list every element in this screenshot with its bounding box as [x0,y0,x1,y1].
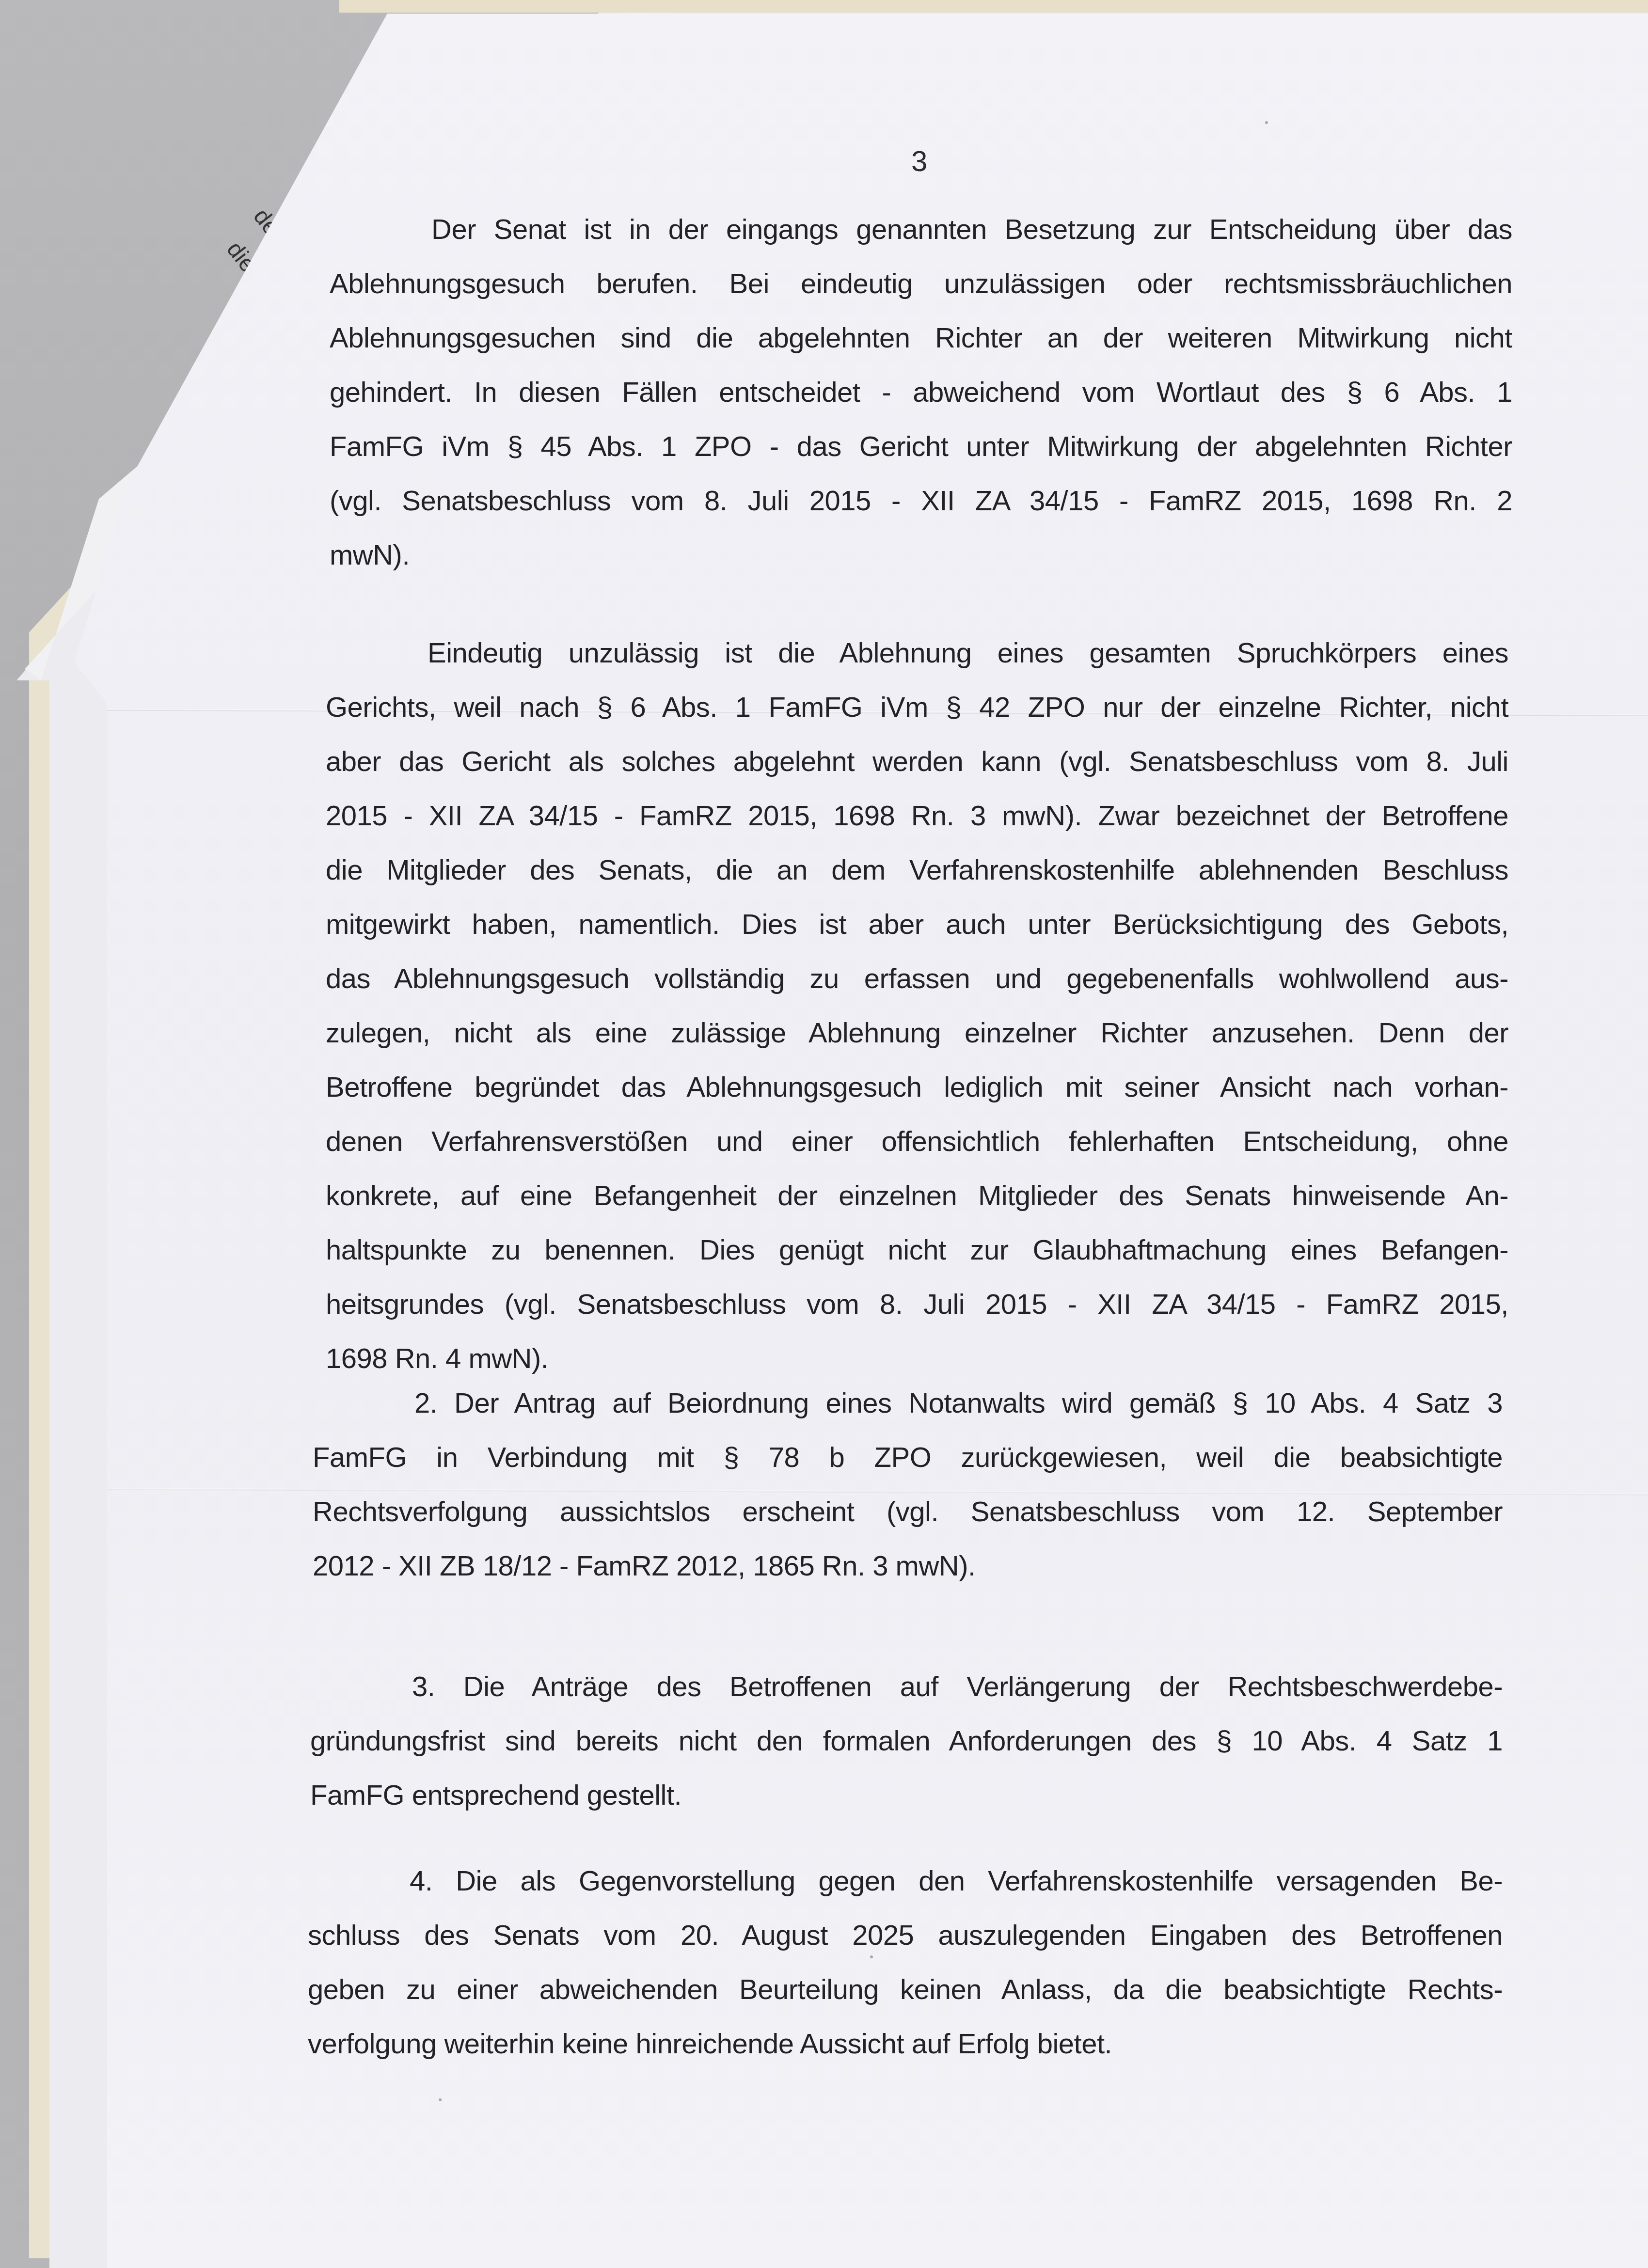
text-line: Ablehnungsgesuch berufen. Bei eindeutig … [330,257,1512,311]
text-line: haltspunkte zu benennen. Dies genügt nic… [326,1223,1508,1277]
paragraph-senate-composition: Der Senat ist in der eingangs genannten … [330,203,1512,583]
text-line: gehindert. In diesen Fällen entscheidet … [330,365,1512,420]
text-line: (vgl. Senatsbeschluss vom 8. Juli 2015 -… [330,474,1512,528]
paper-speck [1265,121,1268,124]
text-line: zulegen, nicht als eine zulässige Ablehn… [326,1006,1508,1060]
text-line: 2012 - XII ZB 18/12 - FamRZ 2012, 1865 R… [313,1539,1503,1593]
paragraph-3-extension-requests: 3. Die Anträge des Betroffenen auf Verlä… [310,1660,1503,1823]
text-line: 2. Der Antrag auf Beiordnung eines Notan… [313,1376,1503,1431]
text-line: FamFG iVm § 45 Abs. 1 ZPO - das Gericht … [330,420,1512,474]
text-line: verfolgung weiterhin keine hinreichende … [308,2017,1503,2071]
text-line: FamFG entsprechend gestellt. [310,1768,1503,1823]
text-line: heitsgrundes (vgl. Senatsbeschluss vom 8… [326,1277,1508,1332]
paragraph-4-gegenvorstellung: 4. Die als Gegenvorstellung gegen den Ve… [308,1854,1503,2071]
text-line: 2015 - XII ZA 34/15 - FamRZ 2015, 1698 R… [326,789,1508,843]
text-line: Rechtsverfolgung aussichtslos erscheint … [313,1485,1503,1539]
text-line: mitgewirkt haben, namentlich. Dies ist a… [326,898,1508,952]
text-line: mwN). [330,528,1512,583]
text-line: FamFG in Verbindung mit § 78 b ZPO zurüc… [313,1431,1503,1485]
text-line: 4. Die als Gegenvorstellung gegen den Ve… [308,1854,1503,1908]
text-line: aber das Gericht als solches abgelehnt w… [326,735,1508,789]
paragraph-inadmissible-rejection: Eindeutig unzulässig ist die Ablehnung e… [326,626,1508,1386]
page-number: 3 [911,144,927,178]
text-line: Eindeutig unzulässig ist die Ablehnung e… [326,626,1508,680]
text-line: Betroffene begründet das Ablehnungsgesuc… [326,1060,1508,1115]
top-paper-edge [339,0,1648,13]
paragraph-2-notanwalt: 2. Der Antrag auf Beiordnung eines Notan… [313,1376,1503,1593]
text-line: Gerichts, weil nach § 6 Abs. 1 FamFG iVm… [326,680,1508,735]
text-line: denen Verfahrensverstößen und einer offe… [326,1115,1508,1169]
text-line: die Mitglieder des Senats, die an dem Ve… [326,843,1508,898]
text-line: Ablehnungsgesuchen sind die abgelehnten … [330,311,1512,365]
text-line: Der Senat ist in der eingangs genannten … [330,203,1512,257]
document-page: 3 Der Senat ist in der eingangs genannte… [0,0,1648,2268]
text-line: gründungsfrist sind bereits nicht den fo… [310,1714,1503,1768]
text-line: 3. Die Anträge des Betroffenen auf Verlä… [310,1660,1503,1714]
paper-speck [870,1955,873,1958]
text-line: geben zu einer abweichenden Beurteilung … [308,1963,1503,2017]
paper-speck [439,2098,442,2101]
text-line: das Ablehnungsgesuch vollständig zu erfa… [326,952,1508,1006]
text-line: konkrete, auf eine Befangenheit der einz… [326,1169,1508,1223]
text-line: schluss des Senats vom 20. August 2025 a… [308,1908,1503,1963]
